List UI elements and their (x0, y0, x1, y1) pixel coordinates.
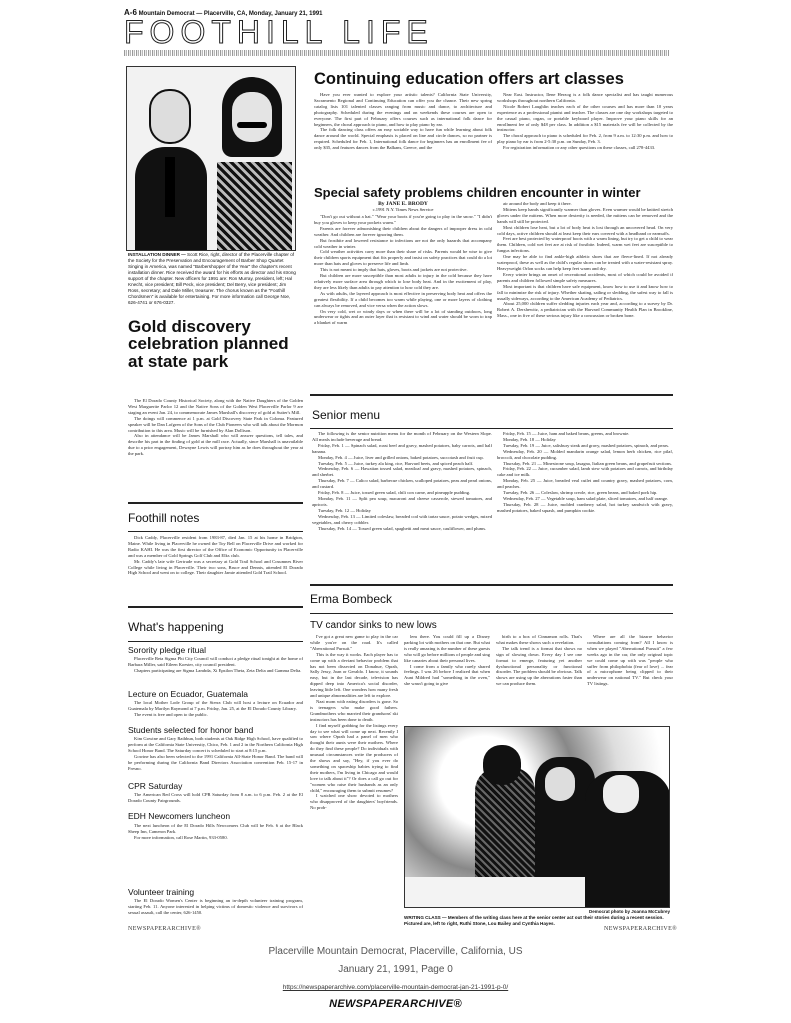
masthead-border (124, 50, 669, 56)
divider-senior-menu-bottom (310, 584, 673, 586)
page-folio: A-6 Mountain Democrat — Placerville, CA,… (124, 8, 323, 17)
event-heading: EDH Newcomers luncheon (128, 811, 230, 821)
event-heading: CPR Saturday (128, 781, 182, 791)
installation-photo (126, 66, 296, 251)
whats-happening-title: What's happening (128, 620, 224, 634)
event-heading: Sorority pledge ritual (128, 645, 206, 655)
erma-col-3: birth to a box of Cinnamon rolls. That's… (496, 634, 582, 720)
watermark-left: NEWSPAPERARCHIVE® (128, 926, 201, 932)
writing-class-photo (404, 726, 670, 908)
page-number: A-6 (124, 8, 137, 17)
event-body: Placerville Beta Sigma Phi City Council … (128, 656, 303, 686)
event-heading: Students selected for honor band (128, 725, 253, 735)
photo-credit: Democrat photo by Joanna McCubrey (564, 909, 670, 914)
foothill-notes-title: Foothill notes (128, 511, 199, 525)
erma-col-2: lem there. You could fill up a Disney pa… (404, 634, 490, 720)
divider-safety (310, 394, 673, 396)
senior-menu-col-2: Friday, Feb. 15 — Juice, ham and baked b… (497, 431, 673, 571)
erma-col-4: Where are all the bizarre behavior consu… (587, 634, 673, 720)
erma-title: Erma Bombeck (310, 592, 392, 606)
newspaper-page: A-6 Mountain Democrat — Placerville, CA,… (124, 8, 669, 940)
erma-col-1: I've got a great new game to play in the… (310, 634, 398, 934)
man-right-plaid-jacket (217, 162, 292, 251)
senior-menu-col-1: The following is the senior nutrition me… (312, 431, 492, 571)
footer-brand-logo: NEWSPAPERARCHIVE® (0, 998, 791, 1010)
safety-col-2: air around the body and keep it there.Mi… (497, 201, 673, 391)
safety-headline: Special safety problems children encount… (314, 186, 674, 199)
divider-foothill-notes (128, 531, 303, 532)
event-heading: Lecture on Ecuador, Guatemala (128, 689, 248, 699)
divider-notes-bottom (128, 606, 303, 608)
art-classes-col-1: Have you ever wanted to explore your art… (314, 92, 492, 184)
table-surface (405, 877, 585, 908)
event-heading: Volunteer training (128, 887, 194, 897)
erma-headline: TV candor sinks to new lows (310, 620, 437, 631)
footer-publication: Placerville Mountain Democrat, Placervil… (0, 946, 791, 957)
event-body: The local Mother Lode Group of the Sierr… (128, 700, 303, 722)
event-body: The El Dorado Women's Center is beginnin… (128, 898, 303, 922)
event-body: Kim Gowine and Gary Rathbun, both studen… (128, 736, 303, 776)
divider-whats-happening (128, 641, 303, 642)
divider-gold (128, 502, 303, 504)
section-masthead: FOOTHILL LIFE (124, 18, 669, 46)
divider-erma (310, 613, 673, 614)
senior-menu-title: Senior menu (312, 408, 380, 422)
event-body: The next luncheon of the El Dorado Hills… (128, 823, 303, 843)
watermark-right: NEWSPAPERARCHIVE® (604, 926, 677, 932)
foothill-notes-body: Dick Caddy, Placerville resident from 19… (128, 535, 303, 603)
footer-url-link[interactable]: https://newspaperarchive.com/placerville… (0, 984, 791, 991)
event-body: The American Red Cross will hold CPR Sat… (128, 792, 303, 806)
gold-headline: Gold discovery celebration planned at st… (128, 318, 303, 370)
folio-text: Mountain Democrat — Placerville, CA, Mon… (139, 11, 323, 17)
gold-body: The El Dorado County Historical Society,… (128, 398, 303, 464)
footer-date-page: January 21, 1991, Page 0 (0, 964, 791, 975)
installation-caption: INSTALLATION DINNER — Scott Rice, right,… (128, 252, 296, 312)
safety-service: c.1991 N.Y. Times News Service (314, 207, 492, 212)
safety-col-1: "Don't go out without a hat." "Wear your… (314, 214, 492, 392)
art-classes-headline: Continuing education offers art classes (314, 71, 674, 88)
divider-senior-menu (310, 428, 673, 429)
art-classes-col-2: Near East. Instructor, Ilene Herzog is a… (497, 92, 673, 184)
